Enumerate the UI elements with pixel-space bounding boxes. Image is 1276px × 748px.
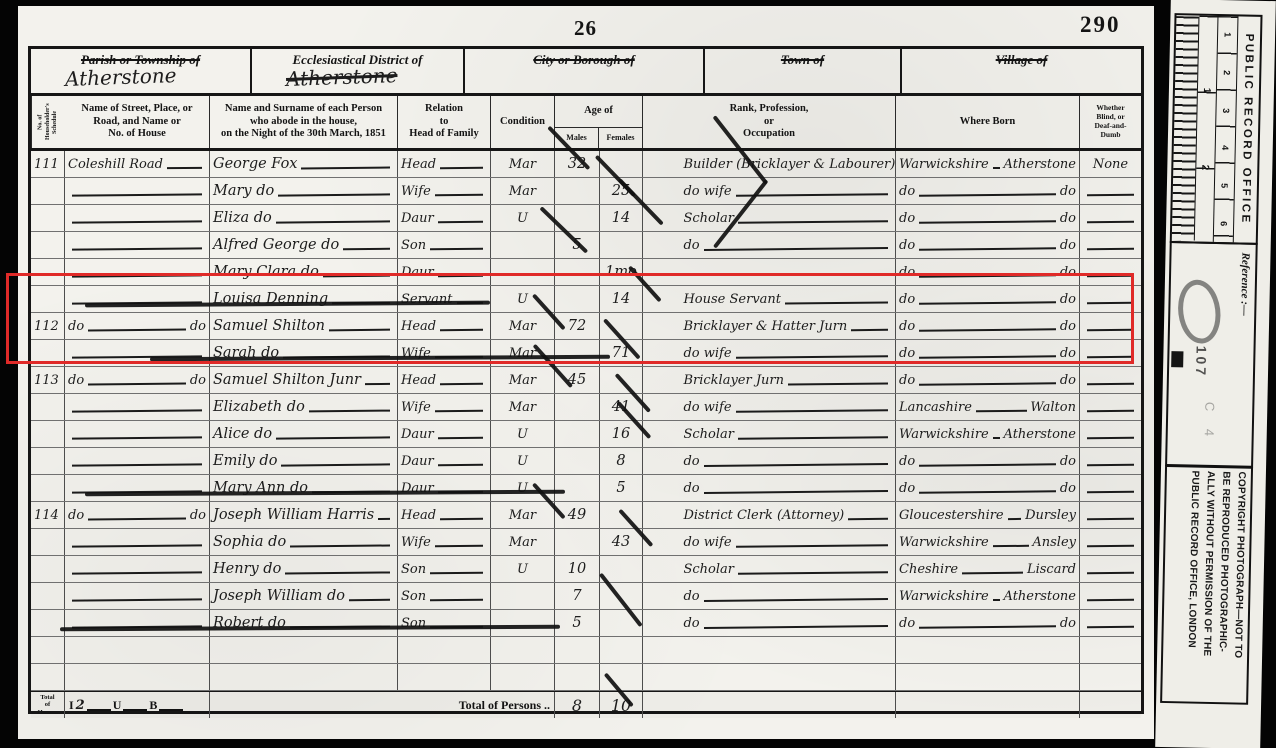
handwritten-text: do xyxy=(68,373,84,388)
handwritten-text: Walton xyxy=(1030,400,1076,415)
handwritten-text: do xyxy=(1060,481,1076,496)
ditto-dash xyxy=(919,625,1056,628)
cell-where-born: LancashireWalton xyxy=(896,394,1080,420)
ruler-number: 1 xyxy=(1223,32,1233,37)
handwritten-text: 7 xyxy=(572,588,581,604)
cell-schedule: 111 xyxy=(31,151,65,177)
cell-name: Samuel Shilton Junr xyxy=(210,367,398,393)
ditto-dash xyxy=(72,220,202,223)
handwritten-text: do xyxy=(1060,211,1076,226)
cell-condition: Mar xyxy=(491,394,555,420)
cell-age-females xyxy=(600,232,643,258)
cell-schedule xyxy=(31,529,65,555)
cell-age-males xyxy=(555,664,600,690)
col-header-condition: Condition xyxy=(491,96,555,148)
ditto-dash xyxy=(738,571,888,575)
ditto-dash xyxy=(1087,383,1134,385)
handwritten-text: do xyxy=(683,481,699,496)
ditto-dash xyxy=(278,193,390,196)
ditto-dash xyxy=(435,410,483,413)
cell-street xyxy=(65,394,210,420)
ditto-dash xyxy=(962,572,1023,575)
cell-occupation: District Clerk (Attorney) xyxy=(643,502,896,528)
table-row: Robert doSon5dododo xyxy=(31,610,1141,637)
cell-age-females: 43 xyxy=(600,529,643,555)
handwritten-text: Mar xyxy=(509,157,536,172)
cell-occupation: do xyxy=(643,583,896,609)
cell-relation: Head xyxy=(398,502,491,528)
cell-relation xyxy=(398,637,491,663)
handwritten-text: Warwickshire xyxy=(899,589,989,604)
ditto-dash xyxy=(440,518,483,520)
cell-schedule xyxy=(31,610,65,636)
ditto-dash xyxy=(438,437,483,439)
cell-schedule xyxy=(31,448,65,474)
ditto-dash xyxy=(72,598,202,601)
handwritten-text: 14 xyxy=(612,210,630,226)
table-row: Mary Ann doDaurU5dododo xyxy=(31,475,1141,502)
cell-name: Alice do xyxy=(210,421,398,447)
ditto-dash xyxy=(435,545,483,548)
cell-occupation: do wife xyxy=(643,394,896,420)
handwritten-text: Warwickshire xyxy=(899,157,989,172)
col-header-name: Name and Surname of each Person who abod… xyxy=(210,96,398,148)
handwritten-text: Scholar xyxy=(683,211,734,226)
col-header-occupation: Rank, Profession, or Occupation xyxy=(643,96,896,148)
ruler-number: 5 xyxy=(1219,183,1229,188)
handwritten-text: None xyxy=(1093,157,1128,172)
handwritten-text: Sophia do xyxy=(213,534,286,550)
cell-name xyxy=(210,637,398,663)
cell-relation: Son xyxy=(398,583,491,609)
cell-name: Mary Ann do xyxy=(210,475,398,501)
cell-infirmity xyxy=(1080,178,1141,204)
handwritten-text: Joseph William do xyxy=(213,588,345,604)
table-row: Eliza doDaurU14Scholardodo xyxy=(31,205,1141,232)
header-field-parish: Parish or Township of Atherstone xyxy=(31,49,252,93)
handwritten-text: Mar xyxy=(509,508,536,523)
handwritten-text: do xyxy=(190,373,206,388)
cell-relation: Wife xyxy=(398,529,491,555)
handwritten-text: Eliza do xyxy=(213,210,272,226)
cell-street xyxy=(65,529,210,555)
cell-age-males xyxy=(555,529,600,555)
ditto-dash xyxy=(430,248,483,251)
ditto-dash xyxy=(440,167,483,169)
handwritten-text: do xyxy=(683,589,699,604)
handwritten-text: Atherstone xyxy=(1004,589,1076,604)
write-in-line xyxy=(123,699,147,711)
handwritten-text: U xyxy=(517,211,528,226)
cell-name: George Fox xyxy=(210,151,398,177)
cell-relation: Son xyxy=(398,556,491,582)
handwritten-text: Warwickshire xyxy=(899,427,989,442)
cell-age-females xyxy=(600,637,643,663)
page-number-left: 26 xyxy=(574,16,597,41)
copyright-stamp: COPYRIGHT PHOTOGRAPH—NOT TO BE REPRODUCE… xyxy=(1160,465,1253,705)
cell-name: Mary do xyxy=(210,178,398,204)
cell-occupation: Scholar xyxy=(643,421,896,447)
table-row: Joseph William doSon7doWarwickshireAther… xyxy=(31,583,1141,610)
handwritten-text: Wife xyxy=(401,184,431,199)
col-header-schedule: No. of Householder's Schedule xyxy=(31,96,65,148)
cell-where-born: WarwickshireAtherstone xyxy=(896,583,1080,609)
cell-occupation: do xyxy=(643,232,896,258)
ditto-dash xyxy=(301,167,390,170)
table-row xyxy=(31,637,1141,664)
handwritten-text: Head xyxy=(401,373,436,388)
ditto-dash xyxy=(88,517,186,520)
handwritten-text: Henry do xyxy=(213,561,281,577)
pro-ruler-strip: 1 2 1 2 3 4 5 6 PUBLIC RECORD OFFICE Ref… xyxy=(1155,0,1276,748)
handwritten-text: do xyxy=(1060,373,1076,388)
cell-condition xyxy=(491,583,555,609)
ditto-dash xyxy=(276,436,390,439)
ditto-dash xyxy=(430,599,483,602)
ditto-dash xyxy=(72,571,202,574)
ditto-dash xyxy=(1087,626,1134,628)
ditto-dash xyxy=(1008,518,1021,520)
handwritten-text: U xyxy=(517,562,528,577)
cell-name: Henry do xyxy=(210,556,398,582)
handwritten-text: Bricklayer Jurn xyxy=(683,373,784,388)
handwritten-text: Samuel Shilton Junr xyxy=(213,372,361,388)
cell-age-males xyxy=(555,475,600,501)
ditto-dash xyxy=(285,571,390,574)
district-header: Parish or Township of Atherstone Ecclesi… xyxy=(31,49,1141,96)
ditto-dash xyxy=(1087,194,1134,196)
inhabited-label: I xyxy=(69,698,74,713)
handwritten-text: do xyxy=(1060,184,1076,199)
handwritten-text: 5 xyxy=(572,615,581,631)
cell-where-born: dodo xyxy=(896,475,1080,501)
handwritten-text: 49 xyxy=(568,507,586,523)
cell-occupation: do wife xyxy=(643,178,896,204)
highlight-box xyxy=(6,273,1134,364)
col-header-relation: Relation to Head of Family xyxy=(398,96,491,148)
cell-infirmity xyxy=(1080,556,1141,582)
ruler-number: 4 xyxy=(1220,145,1230,150)
ditto-dash xyxy=(919,382,1056,385)
handwritten-text: do xyxy=(68,508,84,523)
ruler-number: 3 xyxy=(1221,108,1231,113)
ditto-dash xyxy=(440,383,483,385)
handwritten-text: Elizabeth do xyxy=(213,399,305,415)
handwritten-text: do xyxy=(683,238,699,253)
cell-schedule xyxy=(31,178,65,204)
table-row: Alice doDaurU16ScholarWarwickshireAthers… xyxy=(31,421,1141,448)
cell-schedule xyxy=(31,664,65,690)
ditto-dash xyxy=(919,220,1056,223)
ditto-dash xyxy=(72,193,202,196)
cell-name: Alfred George do xyxy=(210,232,398,258)
handwritten-text: Alice do xyxy=(213,426,272,442)
cell-age-females xyxy=(600,583,643,609)
cell-age-females: 14 xyxy=(600,205,643,231)
total-persons-label: Total of Persons .. xyxy=(210,692,555,718)
cell-condition: U xyxy=(491,448,555,474)
handwritten-text: 43 xyxy=(612,534,630,550)
table-row: Sophia doWifeMar43do wifeWarwickshireAns… xyxy=(31,529,1141,556)
cell-occupation: do wife xyxy=(643,529,896,555)
ditto-dash xyxy=(738,436,888,440)
header-field-town: Town of xyxy=(705,49,902,93)
ditto-dash xyxy=(919,490,1056,493)
total-houses-label: Total of Houses xyxy=(31,694,64,715)
handwritten-text: do wife xyxy=(683,184,731,199)
handwritten-text: Ansley xyxy=(1032,535,1076,550)
inhabited-value: 2 xyxy=(76,698,85,713)
handwritten-text: do xyxy=(1060,454,1076,469)
cell-where-born: dodo xyxy=(896,178,1080,204)
cell-occupation xyxy=(643,664,896,690)
ruler-number: 6 xyxy=(1219,221,1229,226)
ditto-dash xyxy=(1087,437,1134,439)
ecclesiastical-value: Atherstone xyxy=(286,63,398,91)
col-header-street: Name of Street, Place, or Road, and Name… xyxy=(65,96,210,148)
cell-schedule xyxy=(31,421,65,447)
handwritten-text: Head xyxy=(401,508,436,523)
cell-age-males: 5 xyxy=(555,610,600,636)
cell-infirmity xyxy=(1080,529,1141,555)
handwritten-text: Emily do xyxy=(213,453,277,469)
handwritten-text: do wife xyxy=(683,535,731,550)
page-number-right: 290 xyxy=(1080,12,1121,38)
cell-condition: Mar xyxy=(491,151,555,177)
cell-street xyxy=(65,448,210,474)
age-of-label: Age of xyxy=(555,96,642,127)
ditto-dash xyxy=(736,544,888,548)
building-label: B xyxy=(149,698,157,713)
cell-name: Joseph William Harris xyxy=(210,502,398,528)
ruler-number: 2 xyxy=(1199,165,1210,171)
cell-name: Joseph William do xyxy=(210,583,398,609)
cell-relation: Wife xyxy=(398,394,491,420)
cell-condition xyxy=(491,637,555,663)
cell-occupation: do xyxy=(643,610,896,636)
cell-name: Sophia do xyxy=(210,529,398,555)
ditto-dash xyxy=(704,463,888,467)
write-in-line xyxy=(87,699,111,711)
ditto-dash xyxy=(1087,572,1134,574)
cell-occupation: Scholar xyxy=(643,556,896,582)
handwritten-text: Son xyxy=(401,238,426,253)
handwritten-text: Lancashire xyxy=(899,400,972,415)
col-header-infirm: Whether Blind, or Deaf-and- Dumb xyxy=(1080,96,1141,148)
handwritten-text: Wife xyxy=(401,535,431,550)
cell-name: Eliza do xyxy=(210,205,398,231)
handwritten-text: 111 xyxy=(34,157,59,172)
column-headers: No. of Householder's Schedule Name of St… xyxy=(31,96,1141,151)
cell-street xyxy=(65,637,210,663)
cell-street: dodo xyxy=(65,367,210,393)
ditto-dash xyxy=(848,518,888,520)
cell-relation: Son xyxy=(398,610,491,636)
ditto-dash xyxy=(378,518,390,520)
ditto-dash xyxy=(72,409,202,412)
cell-age-males: 10 xyxy=(555,556,600,582)
ditto-dash xyxy=(736,193,888,197)
cell-age-males xyxy=(555,637,600,663)
cell-schedule: 113 xyxy=(31,367,65,393)
cell-infirmity xyxy=(1080,502,1141,528)
cell-name: Robert do xyxy=(210,610,398,636)
handwritten-text: do xyxy=(190,508,206,523)
handwritten-text: Mar xyxy=(509,535,536,550)
cell-infirmity xyxy=(1080,448,1141,474)
handwritten-text: District Clerk (Attorney) xyxy=(683,508,844,523)
cell-condition: Mar xyxy=(491,178,555,204)
handwritten-text: Cheshire xyxy=(899,562,958,577)
cell-relation: Son xyxy=(398,232,491,258)
table-row: Mary doWifeMar25do wifedodo xyxy=(31,178,1141,205)
ditto-dash xyxy=(704,247,888,251)
ditto-dash xyxy=(276,220,390,223)
handwritten-text: Mary do xyxy=(213,183,274,199)
cell-schedule xyxy=(31,583,65,609)
ditto-dash xyxy=(1087,410,1134,412)
ditto-dash xyxy=(993,437,1000,439)
cell-schedule xyxy=(31,394,65,420)
cell-age-males: 7 xyxy=(555,583,600,609)
cell-name: Elizabeth do xyxy=(210,394,398,420)
handwritten-text: do xyxy=(899,481,915,496)
handwritten-text: George Fox xyxy=(213,156,297,172)
cell-street xyxy=(65,556,210,582)
cell-condition xyxy=(491,232,555,258)
cell-relation: Daur xyxy=(398,421,491,447)
handwritten-text: U xyxy=(517,454,528,469)
handwritten-text: Daur xyxy=(401,211,434,226)
cell-where-born: dodo xyxy=(896,448,1080,474)
handwritten-text: Gloucestershire xyxy=(899,508,1004,523)
handwritten-text: Son xyxy=(401,589,426,604)
handwritten-text: Wife xyxy=(401,400,431,415)
handwritten-text: do xyxy=(899,238,915,253)
handwritten-text: 16 xyxy=(612,426,630,442)
cell-age-males: 45 xyxy=(555,367,600,393)
handwritten-text: 114 xyxy=(34,508,59,523)
cell-street: Coleshill Road xyxy=(65,151,210,177)
cell-schedule xyxy=(31,205,65,231)
cell-street xyxy=(65,205,210,231)
cell-where-born: WarwickshireAtherstone xyxy=(896,151,1080,177)
cell-occupation: Builder (Bricklayer & Labourer) xyxy=(643,151,896,177)
ditto-dash xyxy=(704,625,888,629)
ditto-dash xyxy=(1087,248,1134,250)
cell-schedule xyxy=(31,232,65,258)
ditto-dash xyxy=(167,167,202,169)
cell-where-born: WarwickshireAnsley xyxy=(896,529,1080,555)
ditto-dash xyxy=(365,383,390,385)
census-table: Parish or Township of Atherstone Ecclesi… xyxy=(28,46,1144,714)
handwritten-text: Dursley xyxy=(1025,508,1076,523)
empty-cell xyxy=(643,692,896,718)
cell-street xyxy=(65,232,210,258)
cell-street xyxy=(65,178,210,204)
cell-where-born xyxy=(896,664,1080,690)
ditto-dash xyxy=(788,382,888,385)
handwritten-text: Coleshill Road xyxy=(68,157,163,172)
cell-where-born: dodo xyxy=(896,367,1080,393)
ditto-dash xyxy=(88,382,186,385)
town-label: Town of xyxy=(705,49,900,68)
totals-row: Total of Houses I2 U B Total of Persons … xyxy=(31,691,1141,718)
cell-name: Emily do xyxy=(210,448,398,474)
cell-condition xyxy=(491,610,555,636)
table-row: Emily doDaurU8dododo xyxy=(31,448,1141,475)
cell-infirmity: None xyxy=(1080,151,1141,177)
table-row xyxy=(31,664,1141,691)
handwritten-text: Warwickshire xyxy=(899,535,989,550)
handwritten-text: U xyxy=(517,427,528,442)
cell-relation: Daur xyxy=(398,448,491,474)
cell-where-born xyxy=(896,637,1080,663)
cell-name xyxy=(210,664,398,690)
cell-infirmity xyxy=(1080,421,1141,447)
handwritten-text: do xyxy=(1060,238,1076,253)
cell-where-born: dodo xyxy=(896,232,1080,258)
write-in-line xyxy=(159,699,183,711)
cell-infirmity xyxy=(1080,394,1141,420)
cell-relation: Daur xyxy=(398,205,491,231)
table-row: Henry doSonU10ScholarCheshireLiscard xyxy=(31,556,1141,583)
census-rows: 111Coleshill RoadGeorge FoxHeadMar32Buil… xyxy=(31,151,1141,691)
ditto-dash xyxy=(738,220,888,224)
handwritten-text: Atherstone xyxy=(1004,427,1076,442)
handwritten-text: Scholar xyxy=(683,562,734,577)
cell-relation: Head xyxy=(398,151,491,177)
ditto-dash xyxy=(435,194,483,197)
cell-infirmity xyxy=(1080,367,1141,393)
city-label: City or Borough of xyxy=(465,49,703,68)
ditto-dash xyxy=(993,545,1029,547)
ditto-dash xyxy=(72,247,202,250)
public-record-office-label: PUBLIC RECORD OFFICE xyxy=(1239,34,1255,225)
ruler-number: 1 xyxy=(1201,88,1212,94)
handwritten-text: do xyxy=(683,616,699,631)
ditto-dash xyxy=(1087,464,1134,466)
handwritten-text: 113 xyxy=(34,373,59,388)
empty-cell xyxy=(896,692,1080,718)
table-row: Alfred George doSon5dododo xyxy=(31,232,1141,259)
cell-where-born: dodo xyxy=(896,205,1080,231)
handwritten-text: 8 xyxy=(616,453,625,469)
cell-street xyxy=(65,475,210,501)
cell-condition: Mar xyxy=(491,367,555,393)
total-houses-values: I2 U B xyxy=(65,692,210,718)
ink-stamp xyxy=(1175,277,1224,346)
cell-age-males xyxy=(555,448,600,474)
ditto-dash xyxy=(976,410,1027,413)
cell-infirmity xyxy=(1080,475,1141,501)
ditto-dash xyxy=(438,221,483,223)
ditto-dash xyxy=(704,490,888,494)
ditto-dash xyxy=(919,463,1056,466)
cell-relation: Wife xyxy=(398,178,491,204)
handwritten-text: Atherstone xyxy=(1004,157,1076,172)
cell-condition: Mar xyxy=(491,529,555,555)
faint-stamp-text: C 4 xyxy=(1202,401,1218,443)
cell-schedule: 114 xyxy=(31,502,65,528)
cell-infirmity xyxy=(1080,583,1141,609)
handwritten-text: Head xyxy=(401,157,436,172)
cell-street: dodo xyxy=(65,502,210,528)
cell-age-males xyxy=(555,178,600,204)
cell-schedule xyxy=(31,637,65,663)
handwritten-text: 10 xyxy=(568,561,586,577)
handwritten-text: Alfred George do xyxy=(213,237,339,253)
